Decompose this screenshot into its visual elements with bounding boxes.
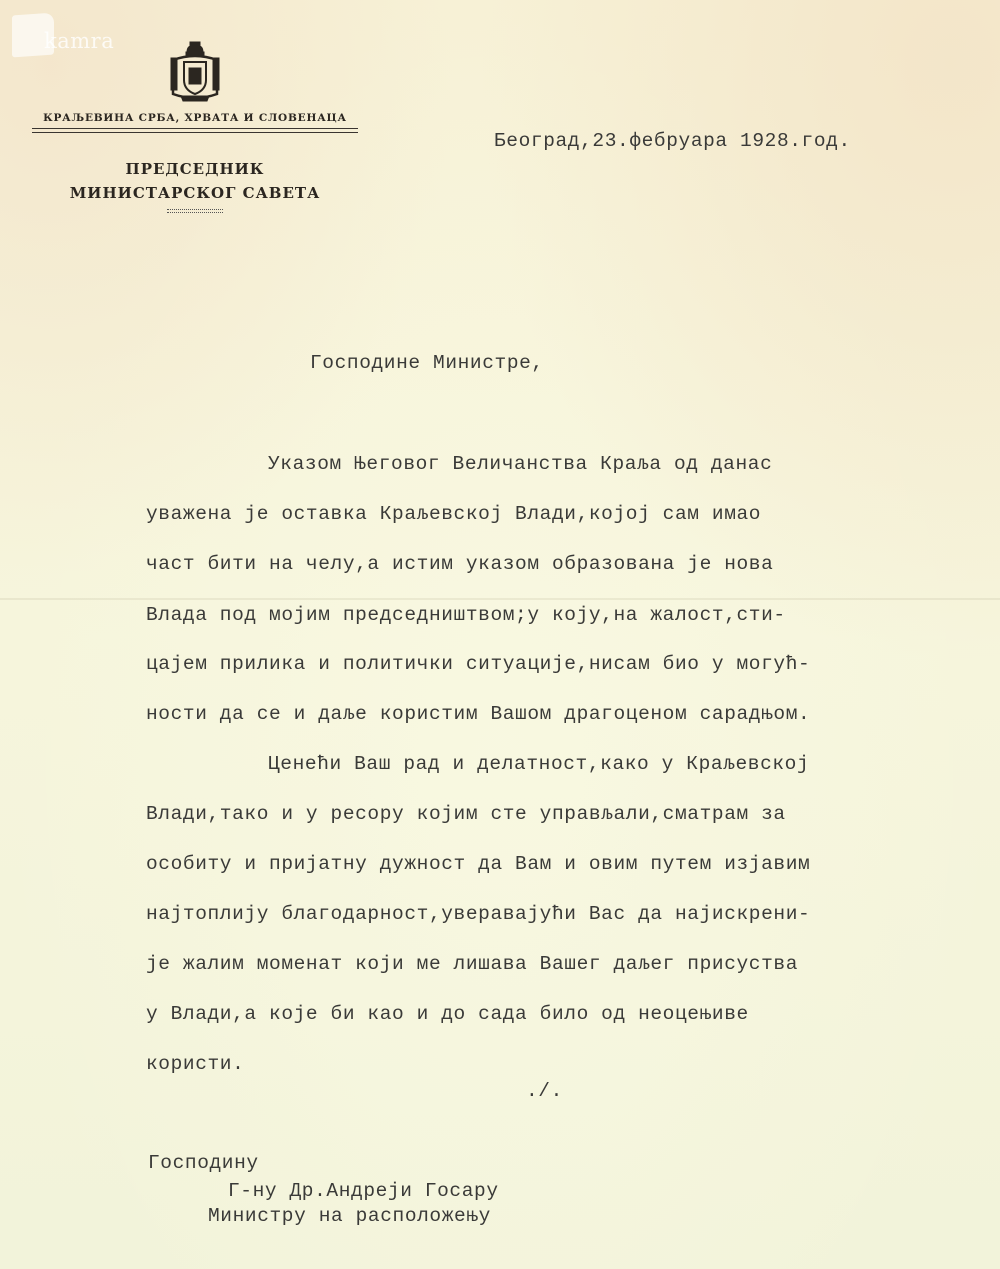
body-line: у Влади,а које би као и до сада било од … (146, 1003, 749, 1025)
addressee-line-2: Г-ну Др.Андреји Госару (228, 1180, 499, 1202)
office-title-line-2: МИНИСТАРСКОГ САВЕТА (30, 181, 360, 205)
body-line: особиту и пријатну дужност да Вам и овим… (146, 853, 810, 875)
body-line: Влади,тако и у ресору којим сте управљал… (146, 803, 786, 825)
letterhead-rule (32, 132, 358, 133)
body-line: Влада под мојим председништвом;у коју,на… (146, 604, 786, 626)
office-title-line-1: ПРЕДСЕДНИК (30, 157, 360, 181)
body-line: част бити на челу,а истим указом образов… (146, 553, 773, 575)
closing-mark: ./. (526, 1080, 563, 1102)
body-line: користи. (146, 1053, 244, 1075)
body-line: Ценећи Ваш рад и делатност,како у Краљев… (268, 753, 809, 775)
coat-of-arms-icon (167, 40, 223, 106)
office-title: ПРЕДСЕДНИК МИНИСТАРСКОГ САВЕТА (30, 157, 360, 205)
date-line: Београд,23.фебруара 1928.год. (494, 130, 851, 152)
body-line: цајем прилика и политички ситуације,ниса… (146, 653, 810, 675)
body-line: најтоплију благодарност,уверавајући Вас … (146, 903, 810, 925)
body-line: је жалим моменат који ме лишава Вашег да… (146, 953, 798, 975)
body-line: уважена је оставка Краљевској Влади,којо… (146, 503, 761, 525)
addressee-line-3: Министру на расположењу (208, 1205, 491, 1227)
kingdom-name: КРАЉЕВИНА СРБА, ХРВАТА И СЛОВЕНАЦА (30, 112, 360, 124)
body-line: Указом Његовог Величанства Краља од дана… (268, 453, 772, 475)
paper-fold-crease (0, 598, 1000, 600)
letterhead: КРАЉЕВИНА СРБА, ХРВАТА И СЛОВЕНАЦА ПРЕДС… (30, 40, 360, 213)
addressee-line-1: Господину (148, 1152, 259, 1174)
salutation: Господине Министре, (310, 352, 544, 374)
ornament-divider (167, 209, 223, 213)
body-line: ности да се и даље користим Вашом драгоц… (146, 703, 810, 725)
letterhead-rule (32, 128, 358, 129)
